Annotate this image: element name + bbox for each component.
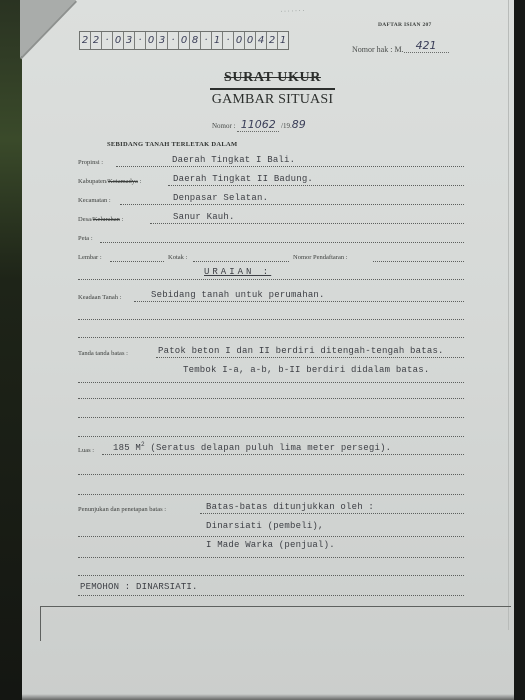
peta-label: Peta :: [78, 235, 93, 242]
luas-label: Luas :: [78, 447, 94, 454]
nomor-pendaftaran-label: Nomor Pendaftaran :: [293, 254, 348, 261]
id-char-box: 2: [91, 32, 102, 49]
dotted-line: [78, 474, 464, 475]
dotted-line: [110, 261, 164, 262]
blank-line: [78, 385, 464, 399]
dotted-line: [168, 185, 464, 186]
dotted-line: [193, 261, 289, 262]
field-desa: Desa/Kelurahan : Sanur Kauh.: [78, 210, 464, 224]
nomor-line: Nomor : 11062 /19.89: [212, 118, 306, 132]
pemohon-value: PEMOHON : DINARSIATI.: [80, 582, 198, 592]
propinsi-label: Propinsi :: [78, 159, 103, 166]
kotak-label: Kotak :: [168, 254, 187, 261]
id-char-box: ·: [102, 32, 113, 49]
id-char-box: 0: [146, 32, 157, 49]
field-tanda-batas: Tanda tanda batas : Patok beton I dan II…: [78, 344, 464, 358]
page-edge-line: [508, 0, 509, 630]
blank-line: [78, 423, 464, 437]
kecamatan-value: Denpasar Selatan.: [173, 193, 268, 203]
dotted-line: [78, 595, 464, 596]
field-penunjukan-3: I Made Warka (penjual).: [78, 538, 464, 552]
desa-value: Sanur Kauh.: [173, 212, 235, 222]
nomor-label: Nomor :: [212, 122, 236, 130]
id-char-box: 2: [267, 32, 278, 49]
parcel-id-boxes: 22·03·03·08·1·00421: [79, 31, 289, 50]
kotamadya-struck: Kotamadya: [108, 178, 138, 185]
field-keadaan-tanah: Keadaan Tanah : Sebidang tanah untuk per…: [78, 288, 464, 302]
nomor-hak: Nomor hak : M.421: [352, 42, 449, 56]
kelurahan-struck: Kelurahan: [93, 216, 120, 223]
kecamatan-label: Kecamatan :: [78, 197, 111, 204]
penunjukan-line1: Batas-batas ditunjukkan oleh :: [206, 502, 374, 512]
blank-line: [78, 324, 464, 338]
blank-line: [78, 306, 464, 320]
dotted-line: [78, 417, 464, 418]
dotted-line: [78, 382, 464, 383]
tanda-batas-line1: Patok beton I dan II berdiri ditengah-te…: [158, 346, 444, 356]
dotted-line: [156, 357, 464, 358]
id-char-box: 0: [113, 32, 124, 49]
page-shadow: [22, 694, 514, 700]
dotted-line: [120, 204, 464, 205]
id-char-box: 3: [124, 32, 135, 49]
uraian-heading: URAIAN :: [204, 267, 271, 277]
dotted-line: [78, 575, 464, 576]
penunjukan-line3: I Made Warka (penjual).: [206, 540, 335, 550]
id-char-box: 0: [234, 32, 245, 49]
id-char-box: 0: [179, 32, 190, 49]
id-char-box: 0: [245, 32, 256, 49]
field-peta: Peta :: [78, 229, 464, 243]
dotted-line: [116, 166, 464, 167]
dotted-line: [373, 261, 464, 262]
field-kabupaten: Kabupaten/Kotamadya : Daerah Tingkat II …: [78, 172, 464, 186]
id-char-box: ·: [223, 32, 234, 49]
id-char-box: 4: [256, 32, 267, 49]
blank-line: [78, 461, 464, 475]
dotted-line: [78, 398, 464, 399]
field-lembar: Lembar : Kotak : Nomor Pendaftaran :: [78, 248, 464, 262]
id-char-box: 1: [278, 32, 288, 49]
dotted-line: [200, 513, 464, 514]
nomor-hak-value: 421: [404, 39, 449, 53]
keadaan-tanah-label: Keadaan Tanah :: [78, 294, 121, 301]
id-char-box: 3: [157, 32, 168, 49]
penunjukan-line2: Dinarsiati (pembeli),: [206, 521, 324, 531]
section-heading: SEBIDANG TANAH TERLETAK DALAM: [107, 141, 237, 148]
year-prefix: /19.: [281, 122, 292, 130]
id-char-box: ·: [135, 32, 146, 49]
dotted-line: [134, 301, 464, 302]
luas-text: (Seratus delapan puluh lima meter perseg…: [145, 443, 391, 453]
dotted-line: [102, 454, 464, 455]
keadaan-tanah-value: Sebidang tanah untuk perumahan.: [151, 290, 325, 300]
kabupaten-value: Daerah Tingkat II Badung.: [173, 174, 313, 184]
title-rule: [210, 88, 335, 90]
kabupaten-label-a: Kabupaten/: [78, 178, 108, 185]
id-char-box: 8: [190, 32, 201, 49]
penunjukan-label: Penunjukan dan penetapan batas :: [78, 506, 166, 513]
luas-value: 185 M2 (Seratus delapan puluh lima meter…: [113, 441, 391, 453]
field-kecamatan: Kecamatan : Denpasar Selatan.: [78, 191, 464, 205]
propinsi-value: Daerah Tingkat I Bali.: [172, 155, 295, 165]
blank-line: [78, 562, 464, 576]
desa-label-b: :: [120, 216, 123, 223]
dotted-line: [78, 494, 464, 495]
desa-label: Desa/Kelurahan :: [78, 216, 123, 223]
year-value: 89: [292, 118, 306, 131]
field-luas: Luas : 185 M2 (Seratus delapan puluh lim…: [78, 441, 464, 455]
title-block: SURAT UKUR GAMBAR SITUASI: [210, 70, 335, 108]
field-propinsi: Propinsi : Daerah Tingkat I Bali.: [78, 153, 464, 167]
field-tanda-batas-2: Tembok I-a, a-b, b-II berdiri didalam ba…: [78, 363, 464, 377]
background-right: [513, 0, 525, 700]
blank-line: [78, 481, 464, 495]
dotted-line: [150, 223, 464, 224]
field-pemohon: PEMOHON : DINARSIATI.: [78, 580, 464, 594]
pencil-note: ·······: [280, 6, 306, 16]
luas-number: 185 M: [113, 443, 141, 453]
desa-label-a: Desa/: [78, 216, 93, 223]
dotted-line: [78, 557, 464, 558]
tanda-batas-label: Tanda tanda batas :: [78, 350, 128, 357]
drawing-box: [40, 606, 511, 641]
dotted-line: [78, 337, 464, 338]
page-title: GAMBAR SITUASI: [210, 92, 335, 108]
nomor-hak-label: Nomor hak : M.: [352, 45, 404, 54]
blank-line: [78, 404, 464, 418]
id-char-box: ·: [168, 32, 179, 49]
dotted-line: [78, 436, 464, 437]
kabupaten-label: Kabupaten/Kotamadya :: [78, 178, 141, 185]
lembar-label: Lembar :: [78, 254, 102, 261]
id-char-box: 1: [212, 32, 223, 49]
title-struck: SURAT UKUR: [210, 70, 335, 86]
nomor-value: 11062: [241, 118, 276, 131]
dotted-line: [78, 279, 464, 280]
kabupaten-label-b: :: [138, 178, 141, 185]
form-code: DAFTAR ISIAN 207: [378, 22, 432, 28]
dotted-line: [78, 536, 464, 537]
field-penunjukan-2: Dinarsiati (pembeli),: [78, 519, 464, 533]
background-left: [0, 0, 24, 700]
dotted-line: [78, 319, 464, 320]
nomor-value-wrap: 11062: [237, 118, 279, 132]
id-char-box: 2: [80, 32, 91, 49]
tanda-batas-line2: Tembok I-a, a-b, b-II berdiri didalam ba…: [183, 365, 429, 375]
field-penunjukan: Penunjukan dan penetapan batas : Batas-b…: [78, 500, 464, 514]
id-char-box: ·: [201, 32, 212, 49]
dotted-line: [100, 242, 464, 243]
